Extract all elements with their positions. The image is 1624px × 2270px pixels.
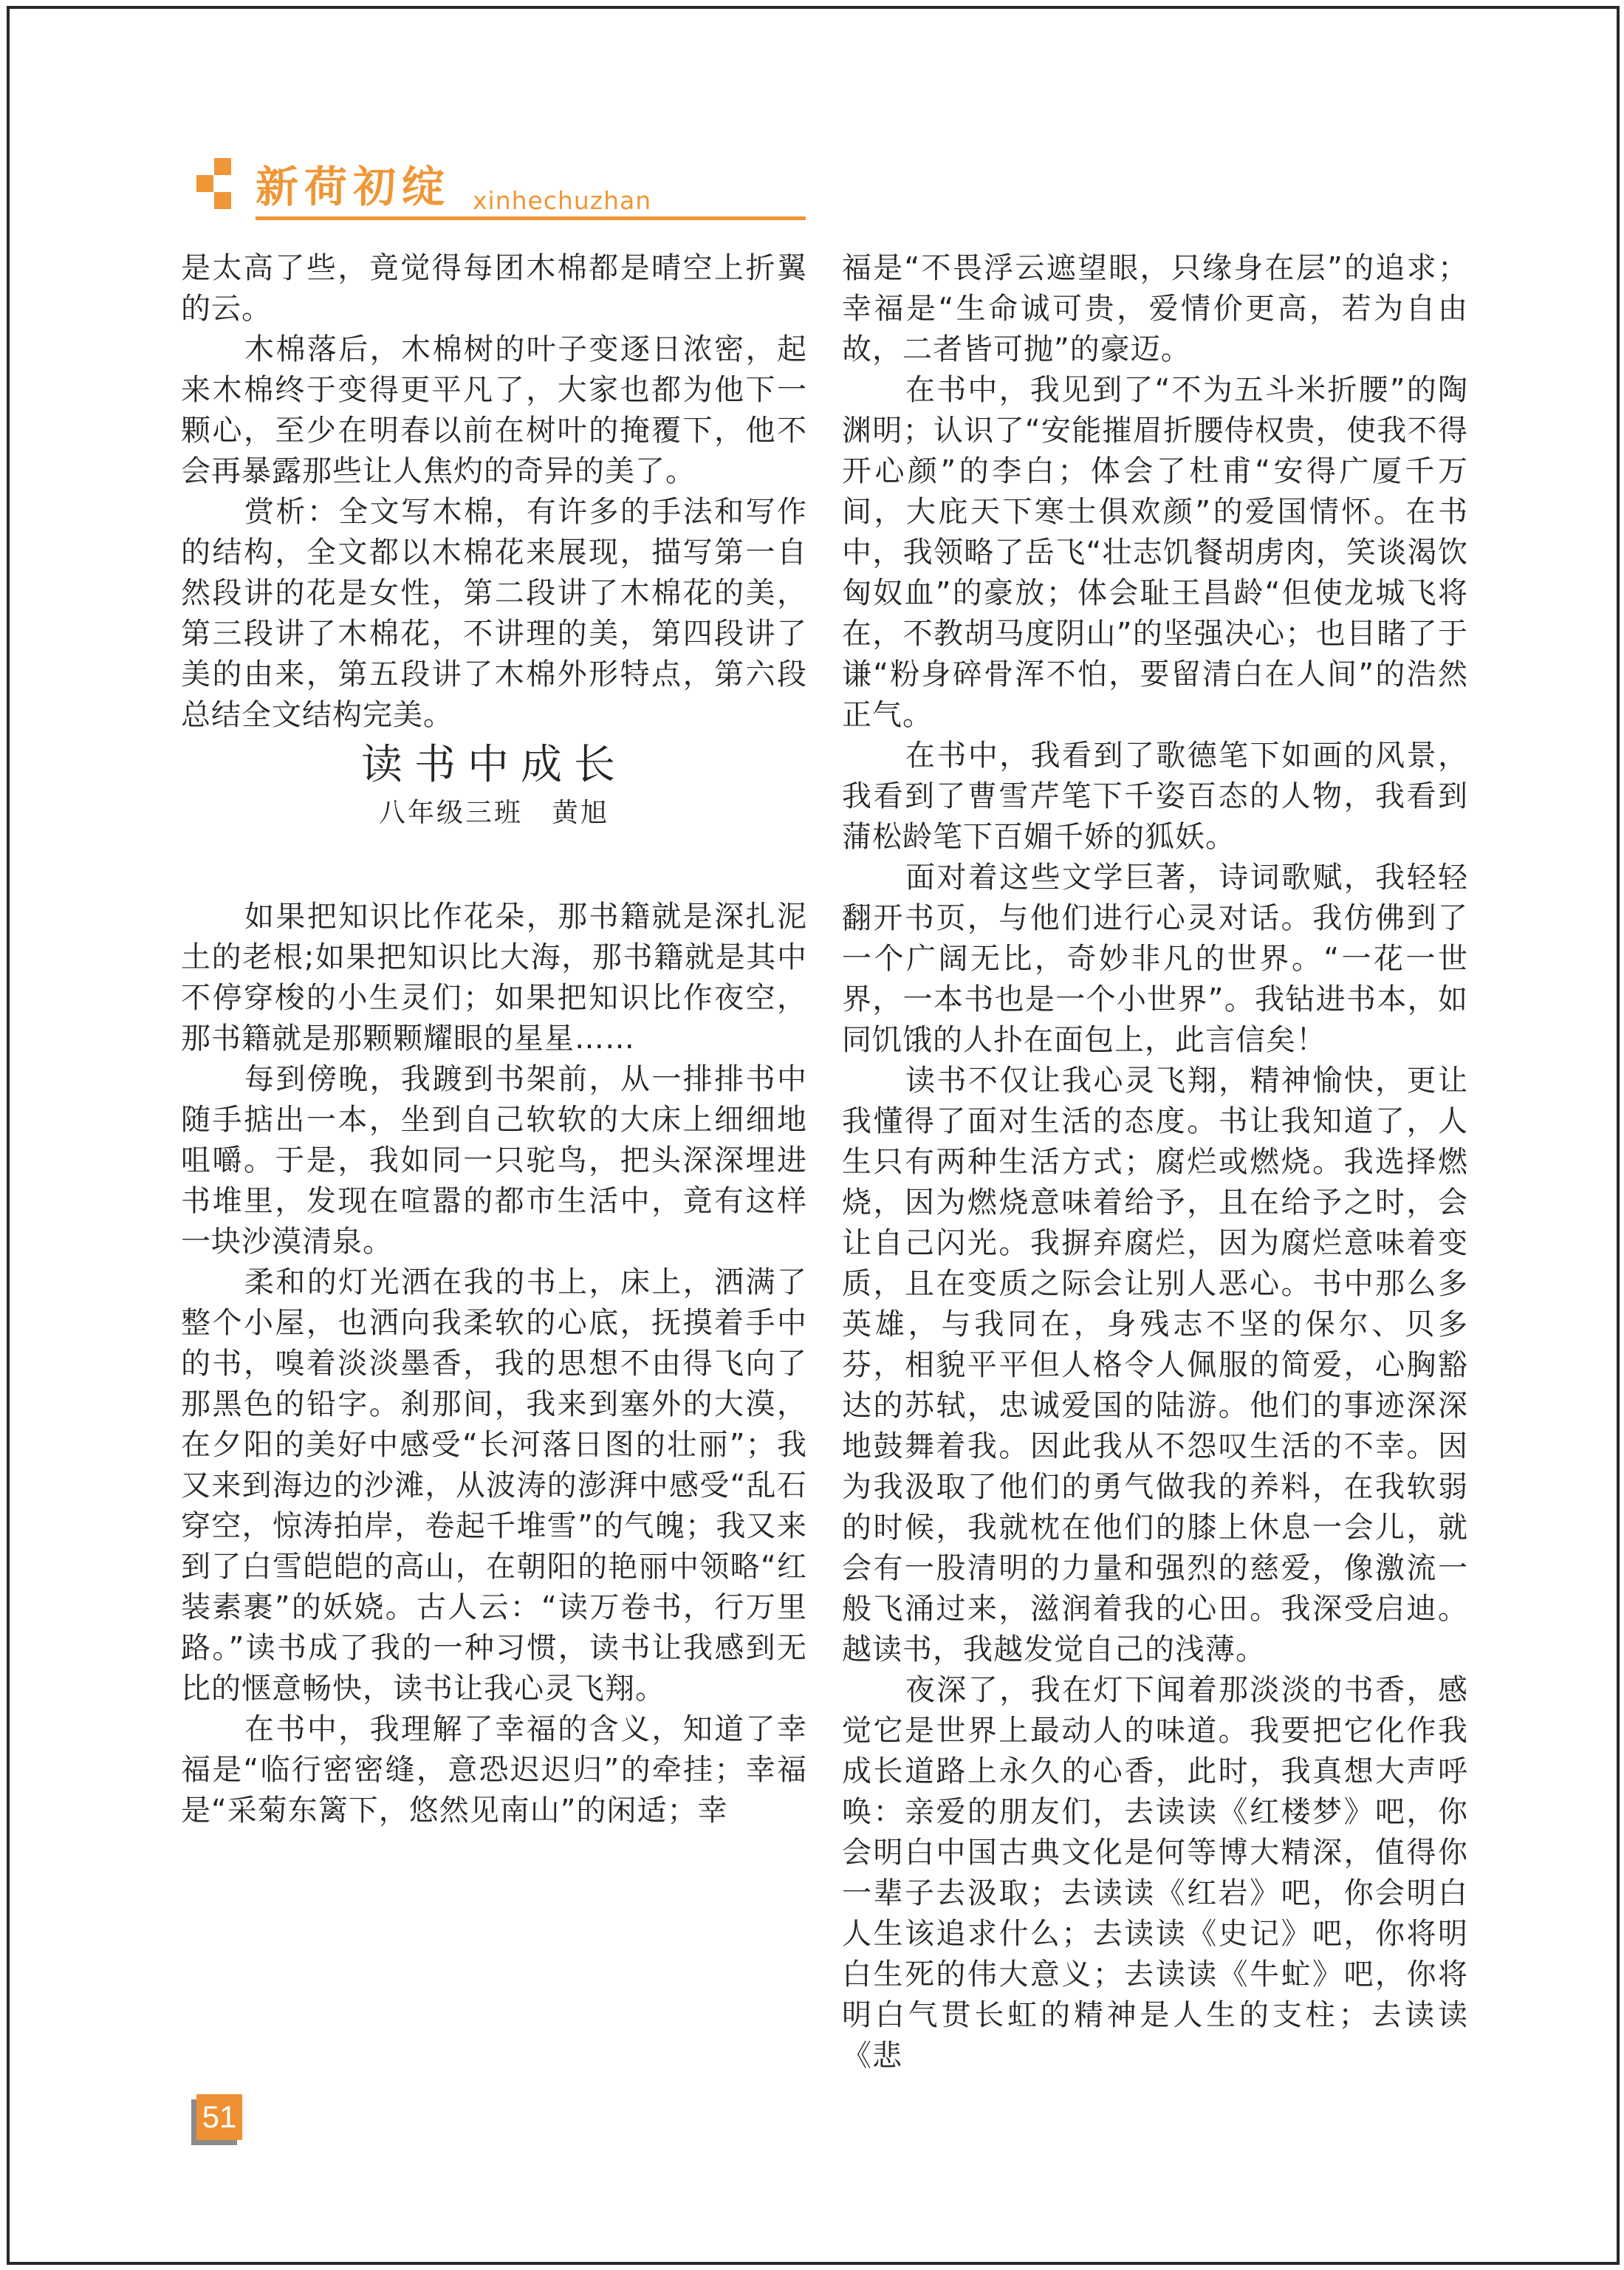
right-text-column: 福是“不畏浮云遮望眼，只缘身在层”的追求；幸福是“生命诚可贵，爱情价更高，若为自… [842,248,1468,2076]
paragraph: 读书不仅让我心灵飞翔，精神愉快，更让我懂得了面对生活的态度。书让我知道了，人生只… [842,1061,1468,1670]
paragraph: 木棉落后，木棉树的叶子变逐日浓密，起来木棉终于变得更平凡了，大家也都为他下一颗心… [181,329,807,492]
page-number-badge: 51 [196,2094,242,2140]
essay-title: 读书中成长 [181,736,807,795]
logo-square [214,158,231,175]
essay-byline: 八年级三班 黄旭 [181,795,807,832]
section-brand-title: 新荷初绽 [256,163,450,211]
section-brand-pinyin: xinhechuzhan [473,186,651,215]
paragraph: 在书中，我理解了幸福的含义，知道了幸福是“临行密密缝，意恐迟迟归”的牵挂；幸福是… [181,1709,807,1831]
magazine-logo-icon [196,157,248,210]
header-underline-divider [256,216,806,220]
essay-body-start: 如果把知识比作花朵，那书籍就是深扎泥土的老根;如果把知识比大海，那书籍就是其中不… [181,897,807,1831]
paragraph: 赏析：全文写木棉，有许多的手法和写作的结构，全文都以木棉花来展现，描写第一自然段… [181,492,807,736]
left-text-column: 是太高了些，竟觉得每团木棉都是晴空上折翼的云。 木棉落后，木棉树的叶子变逐日浓密… [181,248,807,1831]
paragraph: 在书中，我看到了歌德笔下如画的风景，我看到了曹雪芹笔下千姿百态的人物，我看到蒲松… [842,736,1468,858]
paragraph: 夜深了，我在灯下闻着那淡淡的书香，感觉它是世界上最动人的味道。我要把它化作我成长… [842,1670,1468,2076]
paragraph: 柔和的灯光洒在我的书上，床上，洒满了整个小屋，也洒向我柔软的心底，抚摸着手中的书… [181,1262,807,1709]
paragraph: 面对着这些文学巨著，诗词歌赋，我轻轻翻开书页，与他们进行心灵对话。我仿佛到了一个… [842,858,1468,1061]
paragraph: 如果把知识比作花朵，那书籍就是深扎泥土的老根;如果把知识比大海，那书籍就是其中不… [181,897,807,1059]
logo-square [196,175,213,192]
paragraph: 福是“不畏浮云遮望眼，只缘身在层”的追求；幸福是“生命诚可贵，爱情价更高，若为自… [842,248,1468,370]
paragraph: 是太高了些，竟觉得每团木棉都是晴空上折翼的云。 [181,248,807,329]
logo-square [214,192,231,209]
paragraph: 每到傍晚，我踱到书架前，从一排排书中随手掂出一本，坐到自己软软的大床上细细地咀嚼… [181,1059,807,1262]
paragraph: 在书中，我见到了“不为五斗米折腰”的陶渊明；认识了“安能摧眉折腰侍权贵，使我不得… [842,370,1468,736]
